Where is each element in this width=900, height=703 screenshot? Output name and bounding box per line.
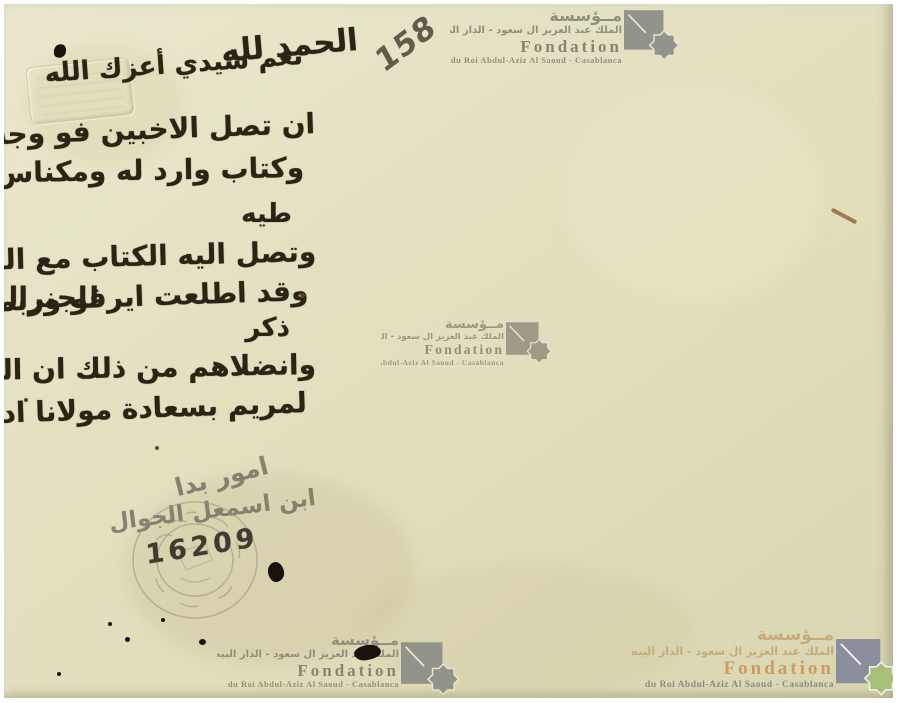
foundation-logo-icon [836, 639, 893, 698]
watermark-french-line: du Roi Abdul-Aziz Al Saoud - Casablanca [381, 359, 504, 368]
body-line: وانضلاهم من ذلك ان القوم مكناس قريب [4, 348, 317, 391]
paper-speck [299, 293, 305, 298]
watermark-french-line: du Roi Abdul-Aziz Al Saoud - Casablanca [632, 680, 834, 691]
watermark-arabic-line: الملك عبد العزيز آل سعود - الدار البيضاء [381, 333, 504, 343]
paper-speck [108, 622, 112, 626]
foundation-logo-icon [624, 10, 681, 63]
watermark-french-title: Fondation [217, 661, 399, 681]
body-line: ذكر [245, 313, 290, 343]
ink-blot [266, 561, 286, 584]
document-scan: الحمد لله نعم سيدي أعزك الله ان تصل الاخ… [0, 0, 900, 703]
body-line: وكتاب وارد له ومكناس ما هي تطلعوا بها [4, 151, 305, 194]
paper-stain [564, 84, 824, 304]
paper-speck [155, 446, 159, 450]
watermark-arabic-line: الملك عبد العزيز آل سعود - الدار البيضاء [632, 646, 834, 659]
watermark-arabic-title: مــؤسسة [381, 318, 504, 333]
rust-scratch [831, 208, 858, 225]
watermark-foundation-bottom-center: مــؤسسة الملك عبد العزيز آل سعود - الدار… [217, 632, 461, 698]
archive-stamp: 16209 [128, 500, 262, 624]
body-line: طيه [241, 199, 292, 229]
watermark-foundation-bottom-right: مــؤسسة الملك عبد العزيز آل سعود - الدار… [632, 626, 893, 698]
foundation-logo-icon [506, 322, 553, 366]
body-line: للجنرال [4, 281, 99, 314]
paper-speck [125, 637, 130, 642]
watermark-foundation-center: مــؤسسة الملك عبد العزيز آل سعود - الدار… [381, 318, 553, 367]
foundation-logo-icon [401, 642, 461, 698]
paper-speck [57, 672, 61, 676]
watermark-french-line: du Roi Abdul-Aziz Al Saoud - Casablanca [450, 56, 622, 66]
watermark-arabic-title: مــؤسسة [450, 7, 622, 25]
body-line: لمريم بسعادة مولانا ادا ال اسر علم [4, 386, 307, 436]
paper-speck [161, 618, 165, 622]
watermark-arabic-line: الملك عبد العزيز آل سعود - الدار البيضاء [450, 25, 622, 37]
watermark-french-title: Fondation [381, 343, 504, 359]
manuscript-page: الحمد لله نعم سيدي أعزك الله ان تصل الاخ… [4, 4, 893, 698]
folio-number: 158 [370, 8, 442, 81]
paper-speck [199, 639, 206, 645]
heading-salutation: نعم سيدي أعزك الله [44, 41, 304, 89]
watermark-french-title: Fondation [632, 658, 834, 680]
watermark-arabic-title: مــؤسسة [632, 626, 834, 646]
paper-speck [24, 398, 28, 402]
watermark-foundation-top-right: مــؤسسة الملك عبد العزيز آل سعود - الدار… [450, 7, 681, 66]
watermark-french-line: du Roi Abdul-Aziz Al Saoud - Casablanca [217, 680, 399, 690]
watermark-french-title: Fondation [450, 37, 622, 57]
